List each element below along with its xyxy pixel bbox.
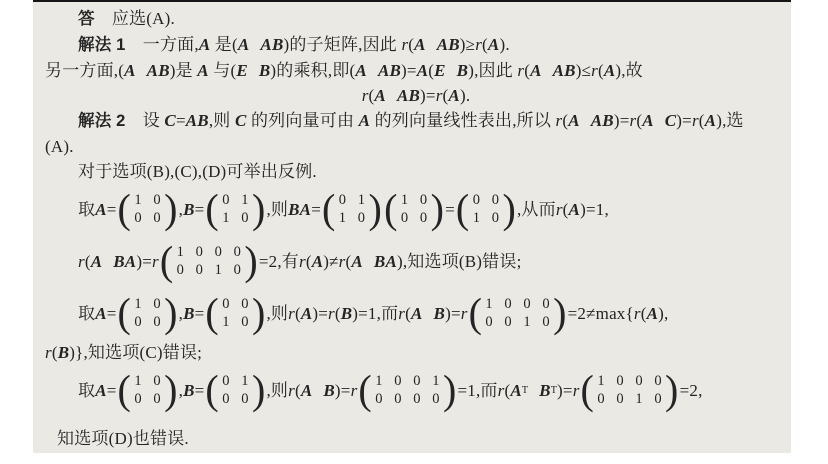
math-variable: C <box>665 111 677 130</box>
matrix: (0110) <box>205 189 265 229</box>
math-function: r <box>288 365 295 417</box>
math-variable: AB <box>147 61 170 80</box>
conclusion-line: 知选项(D)也错误. <box>45 426 787 451</box>
text-run: =1,而 <box>457 365 497 417</box>
counterexample-intro: 对于选项(B),(C),(D)可举出反例. <box>45 159 787 184</box>
matrix-row: 10 <box>133 296 162 312</box>
text-run: ,从而 <box>517 184 556 236</box>
page: 答 应选(A).解法 1 一方面,A 是(AAB)的子矩阵,因此 r(AAB)≥… <box>33 0 791 453</box>
matrix-cell: 0 <box>490 210 500 226</box>
matrix-row: 01 <box>221 373 250 389</box>
math-variable: A <box>374 86 386 105</box>
matrix: (10000010) <box>469 293 567 333</box>
math-variable: B <box>58 343 70 362</box>
matrix-paren-right: ) <box>252 293 266 334</box>
matrix-cell: 0 <box>541 314 551 330</box>
matrix-paren-left: ( <box>118 293 132 334</box>
math-variable: A <box>417 61 429 80</box>
matrix-cell: 0 <box>419 192 429 208</box>
matrix-paren-right: ) <box>164 370 178 411</box>
matrix: (1000) <box>118 293 178 333</box>
math-variable: E <box>236 61 248 80</box>
text-run: )= <box>614 111 630 130</box>
bold-label: 解法 2 <box>78 112 126 130</box>
text-run: 知选项(D)也错误. <box>57 429 189 448</box>
matrix-cell: 0 <box>232 262 242 278</box>
text-run: 与( <box>209 61 237 80</box>
math-variable: A <box>569 184 581 236</box>
matrix-cell: 0 <box>221 373 231 389</box>
math-variable: BA <box>113 236 136 288</box>
matrix-row: 01 <box>221 192 250 208</box>
math-variable: A <box>301 365 313 417</box>
math-variable: BA <box>374 236 397 288</box>
math-variable: AB <box>591 111 614 130</box>
math-function: r <box>288 288 295 340</box>
math-variable: A <box>568 111 580 130</box>
text-run: )=1, <box>580 184 609 236</box>
math-variable: AB <box>437 35 460 54</box>
math-variable: A <box>95 365 107 417</box>
matrix-row: 1000 <box>175 244 242 260</box>
matrix-row: 10 <box>221 314 250 330</box>
matrix-paren-right: ) <box>502 189 516 230</box>
matrix-cell: 1 <box>221 210 231 226</box>
matrix: (0100) <box>205 370 265 410</box>
matrix-paren-right: ) <box>369 189 383 230</box>
text-run: )≥ <box>460 35 475 54</box>
math-variable: A <box>705 111 717 130</box>
matrix-cell: 0 <box>615 373 625 389</box>
text-run: ), <box>658 288 668 340</box>
matrix-row: 00 <box>133 210 162 226</box>
text-run: ),故 <box>615 61 643 80</box>
matrix-cell: 0 <box>412 391 422 407</box>
math-function: r <box>556 184 563 236</box>
matrix-cell: 0 <box>133 314 143 330</box>
solution1-line2: 另一方面,(AAB)是 A 与(EB)的乘积,即(AAB)=A(EB),因此 r… <box>45 58 787 83</box>
math-function: r <box>339 236 346 288</box>
math-function: r <box>299 236 306 288</box>
math-variable: B <box>539 365 551 417</box>
math-variable: A <box>124 61 136 80</box>
matrix-cell: 0 <box>221 391 231 407</box>
text-run: 设 <box>126 111 165 130</box>
matrix-cell: 0 <box>152 192 162 208</box>
math-variable: A <box>448 86 460 105</box>
matrix-grid: 0110 <box>336 192 369 226</box>
matrix-cell: 0 <box>194 244 204 260</box>
text-run: )= <box>420 86 436 105</box>
matrix-paren-left: ( <box>469 293 483 334</box>
matrix-paren-right: ) <box>164 189 178 230</box>
matrix-row: 00 <box>133 314 162 330</box>
math-variable: B <box>323 365 335 417</box>
matrix-paren-right: ) <box>443 370 457 411</box>
math-variable: A <box>411 288 423 340</box>
math-variable: A <box>359 111 371 130</box>
matrix-cell: 1 <box>133 192 143 208</box>
math-function: r <box>634 288 641 340</box>
text-run: (A). <box>45 137 74 156</box>
matrix-row: 10 <box>338 210 367 226</box>
matrix-paren-right: ) <box>164 293 178 334</box>
matrix-grid: 0010 <box>219 296 252 330</box>
math-variable: AB <box>186 111 209 130</box>
matrix-row: 0000 <box>374 391 441 407</box>
matrix-cell: 0 <box>357 210 367 226</box>
matrix-cell: 0 <box>152 391 162 407</box>
matrix-grid: 1000 <box>398 192 431 226</box>
matrix: (1000) <box>118 189 178 229</box>
math-function: r <box>591 61 598 80</box>
math-variable: A <box>530 61 542 80</box>
matrix-paren-left: ( <box>358 370 372 411</box>
matrix-cell: 1 <box>357 192 367 208</box>
solution2-line2: (A). <box>45 134 787 159</box>
matrix-row: 10 <box>471 210 500 226</box>
matrix: (0010) <box>456 189 516 229</box>
matrix-cell: 0 <box>393 391 403 407</box>
text-run: )的子矩阵,因此 <box>284 35 402 54</box>
math-function: r <box>398 288 405 340</box>
math-function: r <box>351 365 358 417</box>
text-run: = <box>176 111 186 130</box>
math-variable: A <box>312 236 324 288</box>
matrix-cell: 0 <box>522 296 532 312</box>
matrix-cell: 0 <box>152 314 162 330</box>
text-run: )=1,而 <box>352 288 398 340</box>
matrix-cell: 0 <box>653 373 663 389</box>
matrix-row: 0010 <box>484 314 551 330</box>
text-run: )= <box>136 236 152 288</box>
matrix-cell: 0 <box>221 192 231 208</box>
matrix-row: 01 <box>338 192 367 208</box>
matrix-row: 1000 <box>484 296 551 312</box>
matrix-row: 10 <box>400 192 429 208</box>
matrix-grid: 10010000 <box>372 373 443 407</box>
example-c-line1: 取 A=(1000),B=(0010),则 r(A)=r(B)=1,而 r(AB… <box>45 288 787 340</box>
math-variable: AB <box>378 61 401 80</box>
text-run: 取 <box>78 288 95 340</box>
matrix: (1000) <box>384 189 444 229</box>
math-variable: AB <box>553 61 576 80</box>
text-run: =2, <box>680 365 703 417</box>
math-function: r <box>692 111 699 130</box>
text-run: =2≠max{ <box>568 288 634 340</box>
matrix: (1000) <box>118 370 178 410</box>
text-run: = <box>445 184 455 236</box>
math-variable: A <box>604 61 616 80</box>
matrix-paren-left: ( <box>322 189 336 230</box>
math-variable: A <box>301 288 313 340</box>
matrix-paren-left: ( <box>205 293 219 334</box>
math-function: r <box>78 236 85 288</box>
matrix-cell: 0 <box>431 391 441 407</box>
matrix-cell: 0 <box>471 192 481 208</box>
matrix-paren-left: ( <box>160 241 174 282</box>
text-run: 取 <box>78 184 95 236</box>
math-variable: A <box>488 35 500 54</box>
matrix-cell: 0 <box>213 244 223 260</box>
matrix-paren-left: ( <box>384 189 398 230</box>
example-c-line2: r(B)},知选项(C)错误; <box>45 340 787 365</box>
answer-line: 答 应选(A). <box>45 6 787 32</box>
matrix-grid: 1000 <box>131 192 164 226</box>
math-variable: B <box>434 288 446 340</box>
math-variable: C <box>235 111 247 130</box>
math-variable: B <box>183 288 195 340</box>
text-run: 的列向量线性表出,所以 <box>370 111 555 130</box>
matrix-cell: 1 <box>133 296 143 312</box>
matrix-grid: 1000 <box>131 373 164 407</box>
math-variable: A <box>642 111 654 130</box>
matrix-cell: 1 <box>240 192 250 208</box>
text-run: ,则 <box>266 288 288 340</box>
matrix-cell: 0 <box>541 296 551 312</box>
matrix-row: 10 <box>133 373 162 389</box>
math-function: r <box>573 365 580 417</box>
matrix-cell: 0 <box>240 391 250 407</box>
math-variable: C <box>164 111 176 130</box>
text-run: = <box>195 184 205 236</box>
matrix: (0010) <box>205 293 265 333</box>
math-function: r <box>45 343 52 362</box>
matrix-row: 0010 <box>175 262 242 278</box>
math-variable: A <box>351 236 363 288</box>
top-rule <box>33 0 791 2</box>
matrix-cell: 0 <box>484 314 494 330</box>
centered-equation: r(AAB)=r(A). <box>45 83 787 108</box>
matrix-paren-left: ( <box>205 189 219 230</box>
matrix-cell: 1 <box>471 210 481 226</box>
example-d-line1: 取 A=(1000),B=(0100),则 r(AB)=r(10010000)=… <box>45 365 787 417</box>
matrix-row: 00 <box>221 296 250 312</box>
matrix-paren-right: ) <box>252 370 266 411</box>
math-variable: AB <box>260 35 283 54</box>
text-run: )= <box>445 288 461 340</box>
matrix-cell: 0 <box>240 210 250 226</box>
math-variable: A <box>91 236 103 288</box>
matrix-grid: 0100 <box>219 373 252 407</box>
matrix-grid: 0110 <box>219 192 252 226</box>
matrix-cell: 1 <box>374 373 384 389</box>
matrix-cell: 0 <box>133 391 143 407</box>
matrix: (0110) <box>322 189 382 229</box>
matrix-paren-left: ( <box>456 189 470 230</box>
text-run: )是 <box>170 61 198 80</box>
math-variable: E <box>434 61 446 80</box>
example-b-line1: 取 A=(1000),B=(0110),则 BA=(0110)(1000)=(0… <box>45 184 787 236</box>
matrix-cell: 0 <box>503 314 513 330</box>
math-variable: BA <box>288 184 311 236</box>
math-variable: A <box>414 35 426 54</box>
text-run: )≠ <box>323 236 338 288</box>
matrix: (10010000) <box>358 370 456 410</box>
text-run: ),因此 <box>468 61 517 80</box>
math-variable: B <box>457 61 469 80</box>
matrix-cell: 1 <box>431 373 441 389</box>
math-variable: B <box>183 184 195 236</box>
matrix-cell: 1 <box>221 314 231 330</box>
matrix-paren-left: ( <box>581 370 595 411</box>
matrix-cell: 0 <box>393 373 403 389</box>
page-content: 答 应选(A).解法 1 一方面,A 是(AAB)的子矩阵,因此 r(AAB)≥… <box>45 6 787 451</box>
matrix-row: 00 <box>400 210 429 226</box>
matrix-cell: 0 <box>152 373 162 389</box>
matrix-cell: 1 <box>484 296 494 312</box>
text-run: )= <box>676 111 692 130</box>
math-function: r <box>498 365 505 417</box>
text-run: )},知选项(C)错误; <box>69 343 202 362</box>
text-run: )= <box>401 61 417 80</box>
matrix-cell: 0 <box>152 210 162 226</box>
matrix-row: 1001 <box>374 373 441 389</box>
text-run: ). <box>460 86 470 105</box>
solution2-line1: 解法 2 设 C=AB,则 C 的列向量可由 A 的列向量线性表出,所以 r(A… <box>45 108 787 134</box>
text-run: ),知选项(B)错误; <box>397 236 522 288</box>
math-variable: A <box>510 365 522 417</box>
matrix-row: 0010 <box>596 391 663 407</box>
text-run: ,则 <box>266 184 288 236</box>
matrix-cell: 0 <box>596 391 606 407</box>
matrix-grid: 10000010 <box>482 296 553 330</box>
text-run: )= <box>557 365 573 417</box>
math-function: r <box>152 236 159 288</box>
matrix-cell: 0 <box>338 192 348 208</box>
matrix-cell: 1 <box>175 244 185 260</box>
text-run: 另一方面,( <box>45 61 124 80</box>
math-variable: A <box>197 61 209 80</box>
matrix-cell: 0 <box>240 314 250 330</box>
matrix-row: 1000 <box>596 373 663 389</box>
matrix-paren-left: ( <box>118 370 132 411</box>
text-run: )的乘积,即( <box>270 61 355 80</box>
matrix-cell: 1 <box>634 391 644 407</box>
text-run: ). <box>499 35 509 54</box>
matrix-cell: 0 <box>634 373 644 389</box>
math-variable: A <box>647 288 659 340</box>
text-run: ,则 <box>209 111 235 130</box>
text-run: 应选(A). <box>95 9 175 28</box>
text-run: 一方面, <box>126 35 199 54</box>
text-run: = <box>107 184 117 236</box>
bold-label: 答 <box>78 10 95 28</box>
math-variable: A <box>238 35 250 54</box>
text-run: = <box>195 288 205 340</box>
math-function: r <box>475 35 482 54</box>
matrix-cell: 0 <box>490 192 500 208</box>
solution1-line1: 解法 1 一方面,A 是(AAB)的子矩阵,因此 r(AAB)≥r(A). <box>45 32 787 58</box>
bold-label: 解法 1 <box>78 36 126 54</box>
text-run: 取 <box>78 365 95 417</box>
text-run: )≤ <box>576 61 591 80</box>
matrix-cell: 0 <box>419 210 429 226</box>
matrix-cell: 0 <box>653 391 663 407</box>
text-run: = <box>107 365 117 417</box>
matrix-grid: 1000 <box>131 296 164 330</box>
text-run: )= <box>312 288 328 340</box>
matrix-paren-right: ) <box>665 370 679 411</box>
text-run: 对于选项(B),(C),(D)可举出反例. <box>78 162 317 181</box>
matrix-cell: 0 <box>175 262 185 278</box>
matrix-row: 00 <box>471 192 500 208</box>
matrix-cell: 1 <box>596 373 606 389</box>
matrix-cell: 0 <box>194 262 204 278</box>
math-function: r <box>436 86 443 105</box>
matrix-cell: 1 <box>338 210 348 226</box>
matrix-row: 00 <box>221 391 250 407</box>
matrix-grid: 10000010 <box>173 244 244 278</box>
matrix-row: 00 <box>133 391 162 407</box>
matrix-cell: 0 <box>152 296 162 312</box>
matrix-cell: 0 <box>503 296 513 312</box>
matrix-paren-right: ) <box>244 241 258 282</box>
matrix-paren-left: ( <box>118 189 132 230</box>
matrix-cell: 0 <box>133 210 143 226</box>
text-run: 是( <box>210 35 238 54</box>
text-run: =2,有 <box>259 236 299 288</box>
matrix-cell: 0 <box>374 391 384 407</box>
matrix-cell: 1 <box>133 373 143 389</box>
math-function: r <box>461 288 468 340</box>
math-variable: B <box>341 288 353 340</box>
matrix-paren-right: ) <box>553 293 567 334</box>
math-variable: B <box>259 61 271 80</box>
matrix-cell: 1 <box>240 373 250 389</box>
matrix-cell: 0 <box>221 296 231 312</box>
text-run: ,则 <box>266 365 288 417</box>
matrix-cell: 0 <box>240 296 250 312</box>
math-variable: AB <box>397 86 420 105</box>
matrix-cell: 1 <box>522 314 532 330</box>
text-run: 的列向量可由 <box>247 111 359 130</box>
math-variable: A <box>95 184 107 236</box>
math-variable: B <box>183 365 195 417</box>
example-b-line2: r(ABA)=r(10000010)=2,有 r(A)≠r(ABA),知选项(B… <box>45 236 787 288</box>
matrix: (10000010) <box>160 241 258 281</box>
matrix-grid: 0010 <box>469 192 502 226</box>
matrix-paren-right: ) <box>252 189 266 230</box>
math-variable: A <box>199 35 211 54</box>
matrix-paren-right: ) <box>431 189 445 230</box>
math-function: r <box>328 288 335 340</box>
matrix-paren-left: ( <box>205 370 219 411</box>
text-run: = <box>107 288 117 340</box>
matrix-cell: 0 <box>232 244 242 260</box>
matrix-grid: 10000010 <box>594 373 665 407</box>
matrix-row: 10 <box>133 192 162 208</box>
text-run: = <box>311 184 321 236</box>
matrix-cell: 1 <box>400 192 410 208</box>
math-variable: A <box>355 61 367 80</box>
matrix-cell: 0 <box>412 373 422 389</box>
matrix-cell: 0 <box>615 391 625 407</box>
text-run: = <box>195 365 205 417</box>
matrix-row: 10 <box>221 210 250 226</box>
matrix-cell: 0 <box>400 210 410 226</box>
text-run: )= <box>335 365 351 417</box>
text-run: ),选 <box>716 111 744 130</box>
math-variable: A <box>95 288 107 340</box>
math-function: r <box>362 86 369 105</box>
matrix-cell: 1 <box>213 262 223 278</box>
matrix: (10000010) <box>581 370 679 410</box>
